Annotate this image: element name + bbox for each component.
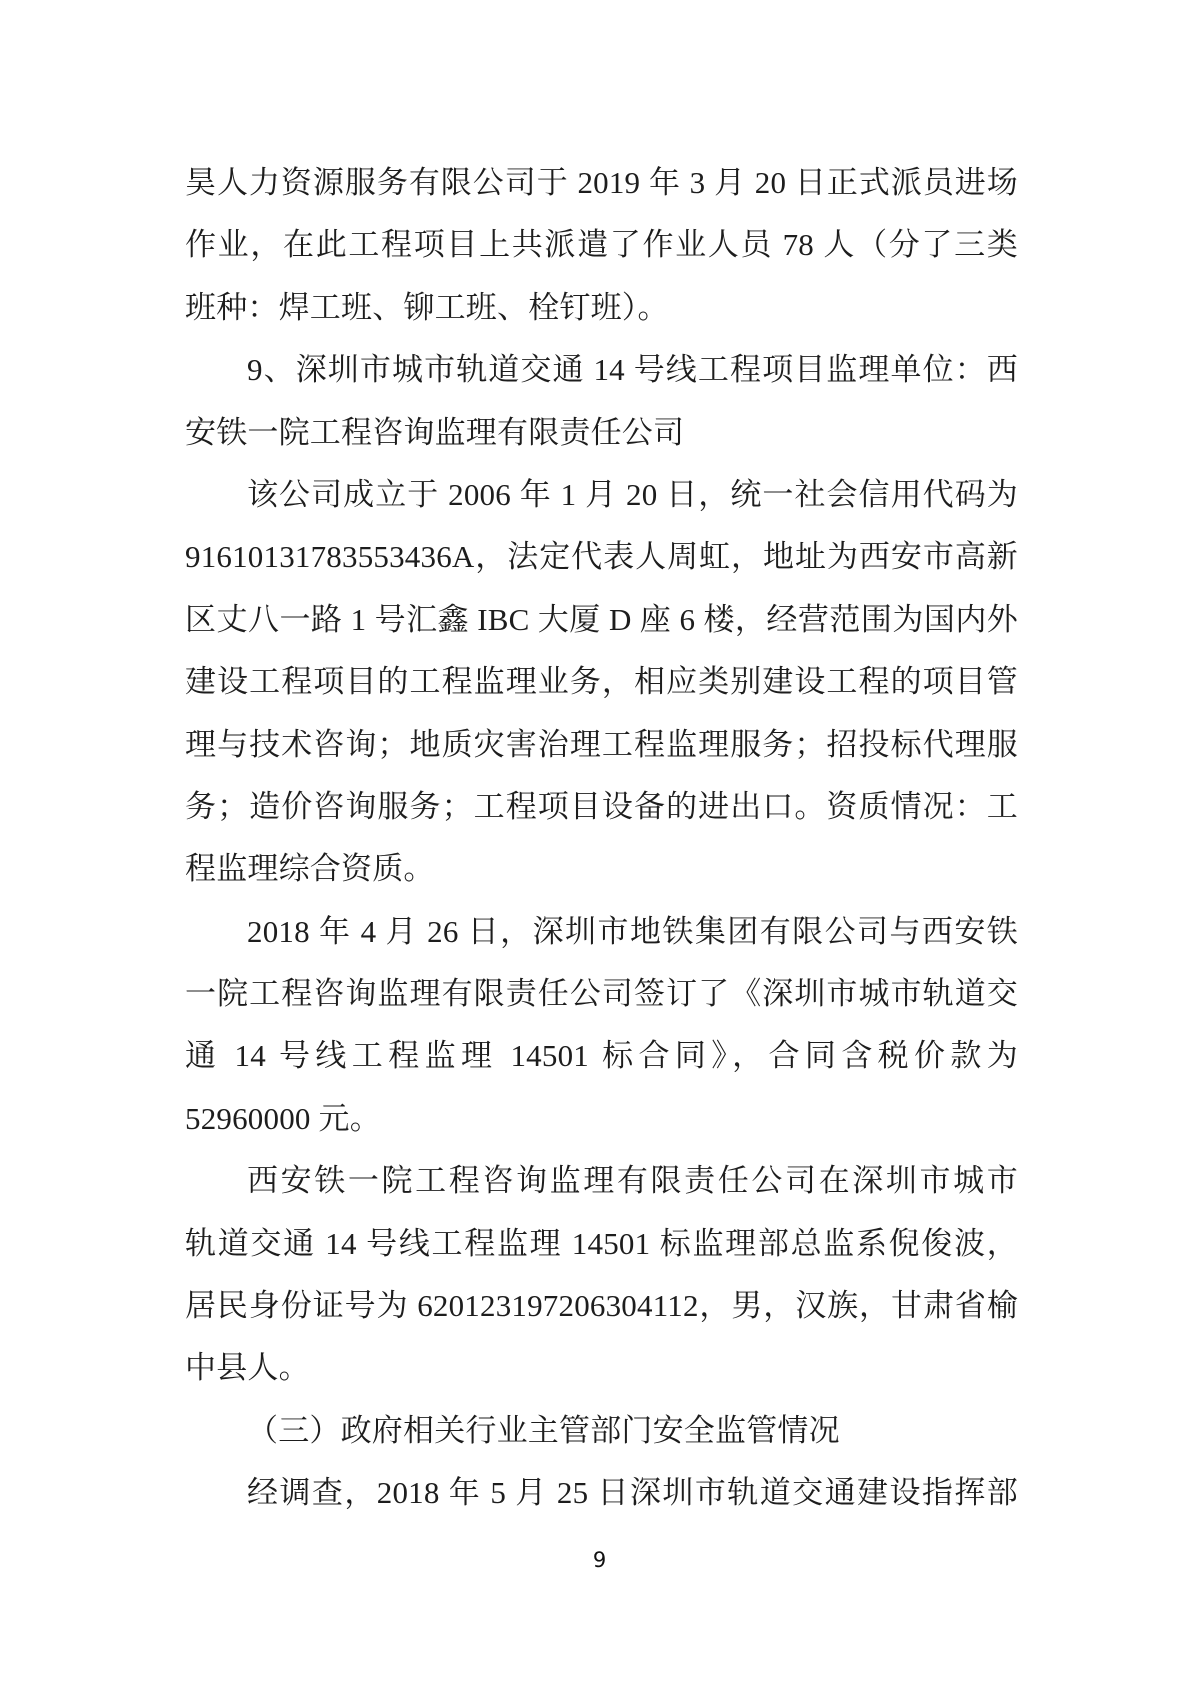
text-line: 作业，在此工程项目上共派遣了作业人员 78 人（分了三类	[185, 214, 1018, 276]
text-line: 9、深圳市城市轨道交通 14 号线工程项目监理单位：西	[185, 339, 1018, 401]
text-line: 91610131783553436A，法定代表人周虹，地址为西安市高新	[185, 526, 1018, 588]
text-line: 通 14 号线工程监理 14501 标合同》，合同含税价款为	[185, 1025, 1018, 1087]
text-line: 该公司成立于 2006 年 1 月 20 日，统一社会信用代码为	[185, 464, 1018, 526]
text-line: 经调查，2018 年 5 月 25 日深圳市轨道交通建设指挥部	[185, 1462, 1018, 1524]
text-line: 轨道交通 14 号线工程监理 14501 标监理部总监系倪俊波，	[185, 1213, 1018, 1275]
text-line: 理与技术咨询；地质灾害治理工程监理服务；招投标代理服	[185, 714, 1018, 776]
text-line: （三）政府相关行业主管部门安全监管情况	[185, 1400, 1018, 1462]
text-line: 52960000 元。	[185, 1088, 1018, 1150]
text-line: 建设工程项目的工程监理业务，相应类别建设工程的项目管	[185, 651, 1018, 713]
text-line: 班种：焊工班、铆工班、栓钉班）。	[185, 277, 1018, 339]
text-line: 区丈八一路 1 号汇鑫 IBC 大厦 D 座 6 楼，经营范围为国内外	[185, 589, 1018, 651]
page-number: 9	[0, 1548, 1199, 1572]
text-line: 中县人。	[185, 1337, 1018, 1399]
text-line: 昊人力资源服务有限公司于 2019 年 3 月 20 日正式派员进场	[185, 152, 1018, 214]
text-line: 一院工程咨询监理有限责任公司签订了《深圳市城市轨道交	[185, 963, 1018, 1025]
text-line: 西安铁一院工程咨询监理有限责任公司在深圳市城市	[185, 1150, 1018, 1212]
document-body: 昊人力资源服务有限公司于 2019 年 3 月 20 日正式派员进场作业，在此工…	[185, 152, 1018, 1525]
text-line: 安铁一院工程咨询监理有限责任公司	[185, 402, 1018, 464]
text-line: 居民身份证号为 620123197206304112，男，汉族，甘肃省榆	[185, 1275, 1018, 1337]
document-page: 昊人力资源服务有限公司于 2019 年 3 月 20 日正式派员进场作业，在此工…	[0, 0, 1199, 1696]
text-line: 2018 年 4 月 26 日，深圳市地铁集团有限公司与西安铁	[185, 901, 1018, 963]
text-line: 程监理综合资质。	[185, 838, 1018, 900]
text-line: 务；造价咨询服务；工程项目设备的进出口。资质情况：工	[185, 776, 1018, 838]
